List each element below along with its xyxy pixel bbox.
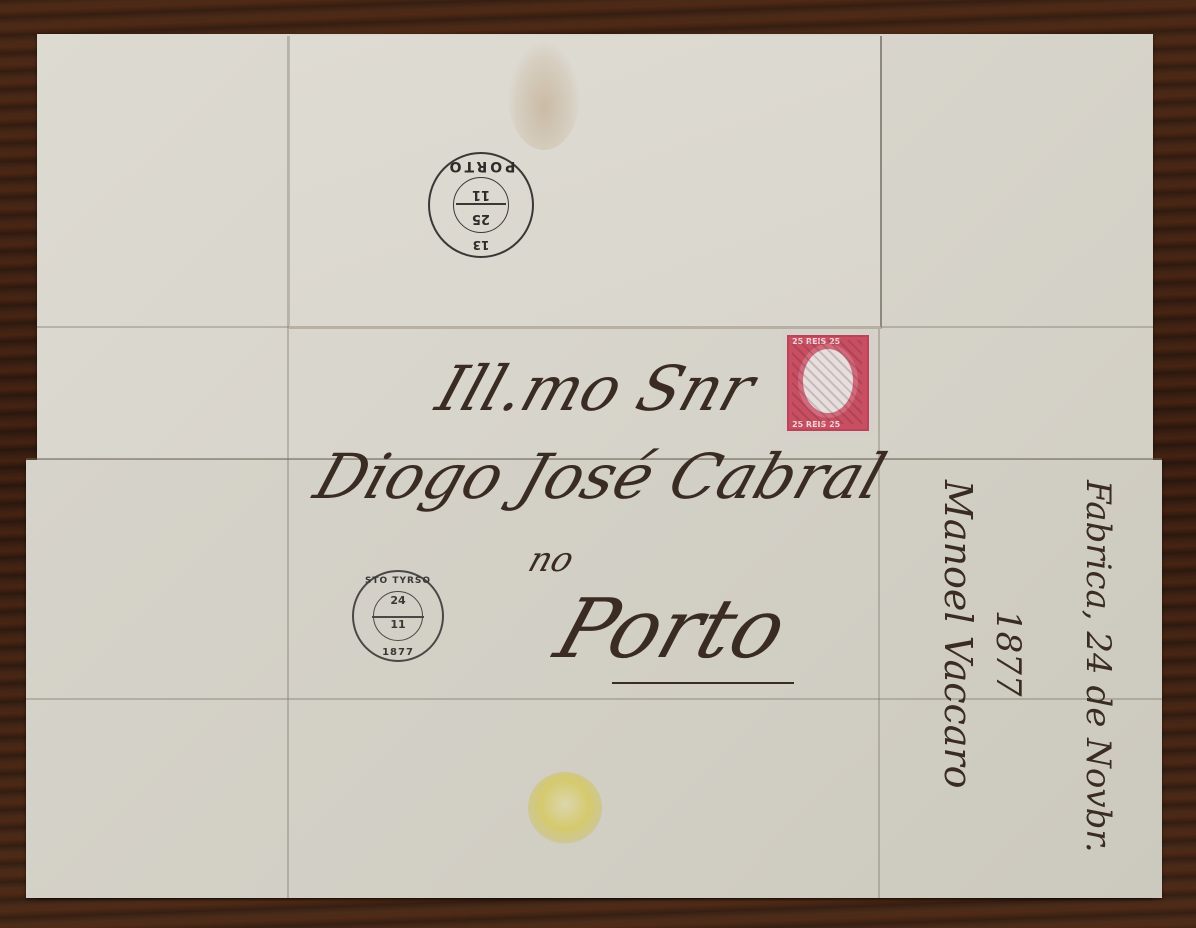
postmark-santo-tyrso: 24 11 STO TYRSO 1877 xyxy=(352,570,444,662)
address-city: Porto xyxy=(545,582,799,677)
postmark-day: 24 xyxy=(390,594,405,607)
postmark-year: 13 xyxy=(473,238,490,252)
postmark-day: 25 xyxy=(472,211,490,226)
stamp-cancel-marks xyxy=(792,340,862,424)
wax-seal xyxy=(528,772,602,844)
postmark-year: 1877 xyxy=(382,647,414,658)
postmark-month: 11 xyxy=(390,618,405,631)
wax-stain xyxy=(508,42,580,150)
postmark-town: PORTO xyxy=(447,158,516,174)
postmark-porto: 25 11 PORTO 13 xyxy=(428,152,534,258)
docket-place-date: Fabrica, 24 de Novbr. xyxy=(1078,480,1118,853)
postmark-month: 11 xyxy=(472,187,490,202)
postage-stamp: 25 REIS 25 25 REIS 25 xyxy=(782,330,874,436)
postmark-town: STO TYRSO xyxy=(365,576,431,586)
address-underline xyxy=(612,682,794,684)
docket-sender: Manoel Vaccaro xyxy=(936,480,980,789)
address-salutation: Ill.mo Snr xyxy=(428,352,763,425)
docket-year: 1877 xyxy=(988,610,1028,697)
fold-line-lower xyxy=(26,698,1162,700)
letter-flap xyxy=(289,36,882,329)
address-name: Diogo José Cabral xyxy=(306,440,894,513)
